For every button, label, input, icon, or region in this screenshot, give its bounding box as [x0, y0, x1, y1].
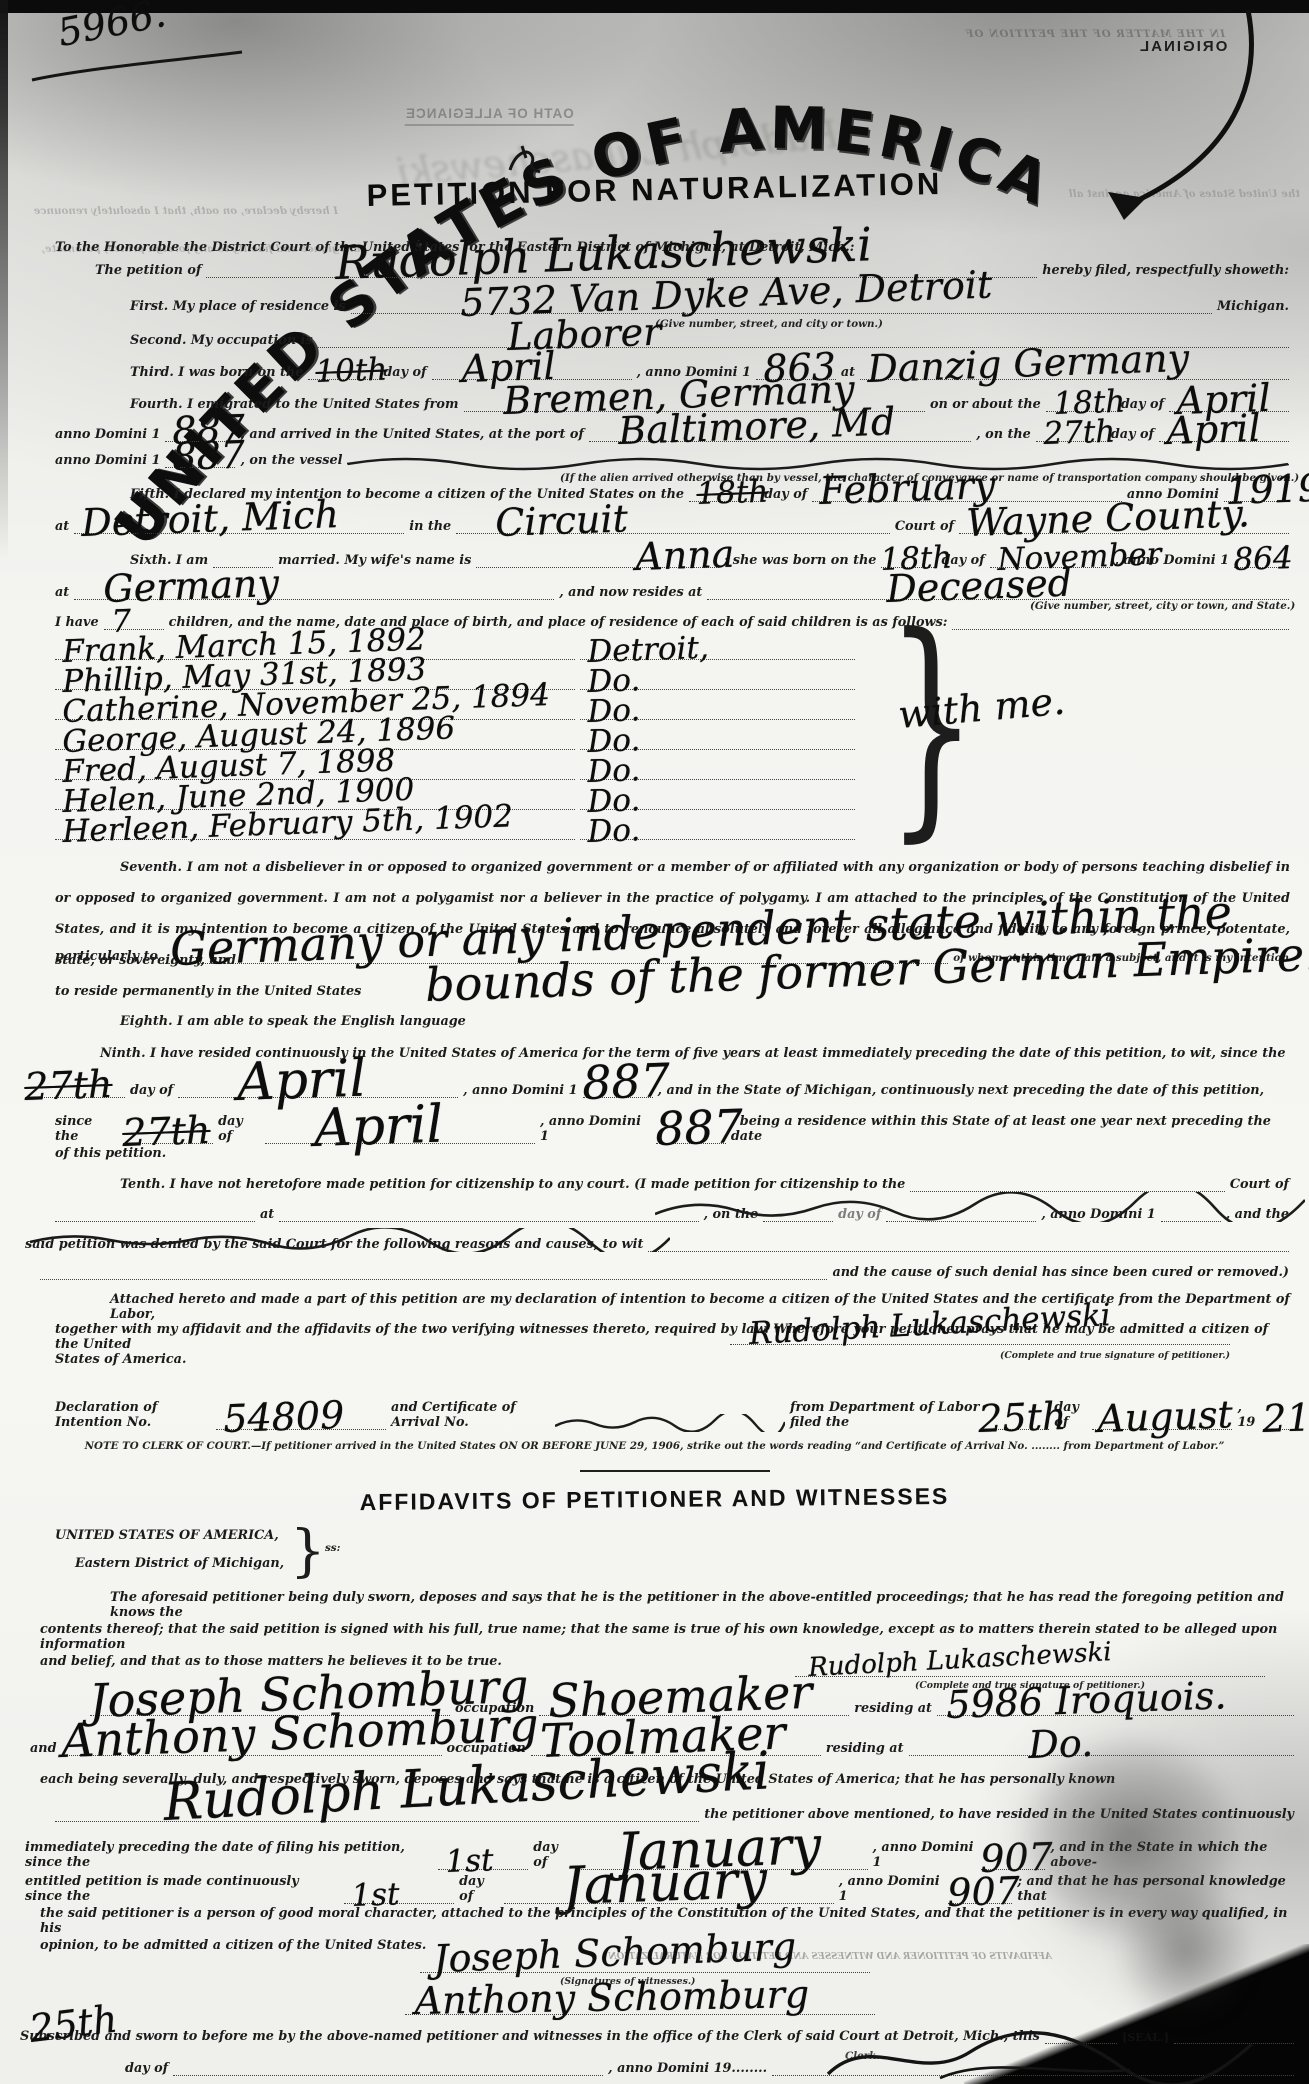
sixth-wife-label: married. My wife's name is — [278, 553, 471, 568]
labor-filed-label: from Department of Labor filed the — [790, 1400, 984, 1430]
birth-day: 10th — [315, 355, 388, 388]
signature1-line: Rudolph Lukaschewski — [730, 1300, 1230, 1345]
declaration-number: 54809 — [223, 1396, 345, 1438]
cert-no-blank — [555, 1415, 785, 1430]
witness2-and: and — [30, 1741, 57, 1756]
resided-state-month: January — [562, 1854, 768, 1913]
child-row: George, August 24, 1896 Do. — [55, 734, 855, 750]
fifth-dayof: day of — [764, 487, 807, 502]
witness2-residing-label: residing at — [826, 1741, 904, 1756]
wife-birth-year: 864 — [1233, 543, 1293, 576]
port-blank: Baltimore, Md — [589, 426, 971, 442]
ninth-dayof2: day of — [218, 1114, 260, 1144]
court-name-blank: Wayne County. — [959, 518, 1289, 534]
children-intro-blank — [952, 614, 1289, 630]
sixth-at: at — [55, 585, 69, 600]
arrival-month: April — [1166, 409, 1262, 450]
ninth-day1: 27th — [24, 1065, 113, 1106]
ninth-year1-blank: 887 — [583, 1082, 653, 1098]
tenth-cured-text: and the cause of such denial has since b… — [832, 1265, 1289, 1280]
cert-label: and Certificate of Arrival No. — [391, 1400, 550, 1430]
declared-place-blank: Detroit, Mich — [74, 518, 404, 534]
state-suffix: Michigan. — [1217, 299, 1289, 314]
wife-birthplace: Germany — [103, 564, 280, 608]
children-ihave: I have — [55, 615, 99, 630]
ninth-day2-blank: 27th — [123, 1128, 213, 1144]
fourth-dayof1: day of — [1121, 397, 1164, 412]
subscribed-anno: , anno Domini 19........ — [608, 2061, 767, 2076]
wpara-line-6: opinion, to be admitted a citizen of the… — [40, 1938, 426, 1953]
petitioner-signature-2: Rudolph Lukaschewski — [808, 1639, 1113, 1681]
line-sixth-2: at Germany , and now resides at Deceased — [55, 584, 1289, 600]
ninth-sincethe: since the — [55, 1114, 118, 1144]
wife-birthplace-blank: Germany — [74, 584, 554, 600]
fourth-anno1: anno Domini 1 — [55, 427, 160, 442]
reside-permanently: to reside permanently in the United Stat… — [55, 984, 361, 999]
witness-signature-2: Anthony Schomburg — [414, 1975, 809, 2020]
ninth-year1: 887 — [581, 1057, 670, 1106]
fourth-arrived: , and arrived in the United States, at t… — [240, 427, 583, 442]
filed-month: August — [1097, 1395, 1234, 1438]
tenth-squiggle — [655, 1192, 1305, 1222]
child-row: Frank, March 15, 1892 Detroit, — [55, 644, 855, 660]
declared-place: Detroit, Mich — [81, 495, 340, 542]
court-type-blank: Circuit — [456, 518, 890, 534]
petitioner-signature-1: Rudolph Lukaschewski — [748, 1300, 1111, 1350]
jurisdiction-brace: } — [290, 1524, 326, 1580]
tenth-label: Tenth. I have not heretofore made petiti… — [120, 1177, 905, 1192]
ninth-year2-blank: 887 — [656, 1128, 726, 1144]
sixth-born-label: ; she was born on the — [724, 553, 877, 568]
ninth-month2-blank: April — [265, 1128, 535, 1144]
filed-year: 21 — [1262, 1398, 1309, 1438]
wife-name-blank: Anna — [476, 552, 718, 568]
line-sixth-1: Sixth. I am married. My wife's name is A… — [130, 552, 1289, 568]
ninth-line-4: of this petition. — [55, 1146, 166, 1161]
first-label: First. My place of residence is — [130, 299, 346, 314]
wife-residence-blank: Deceased — [707, 584, 1289, 600]
court-name: Wayne County. — [966, 494, 1251, 542]
tenth-line-4: and the cause of such denial has since b… — [40, 1264, 1289, 1280]
attached-line-3: States of America. — [55, 1352, 186, 1367]
arrival-month-blank: April — [1159, 426, 1289, 442]
subscribed-dayof: day of — [125, 2061, 168, 2076]
signature1-caption: (Complete and true signature of petition… — [1000, 1350, 1230, 1361]
arrival-year-blank: 887 — [165, 452, 235, 468]
tenth-strike-squiggle — [30, 1228, 670, 1252]
residence-blank: 5732 Van Dyke Ave, Detroit — [351, 298, 1212, 314]
ninth-day1-blank: 27th — [25, 1082, 125, 1098]
child-row: Catherine, November 25, 1894 Do. — [55, 704, 855, 720]
declaration-line: Declaration of Intention No. 54809 and C… — [55, 1400, 1297, 1430]
line-first: First. My place of residence is 5732 Van… — [130, 298, 1289, 314]
filed-day-blank: 25th — [989, 1414, 1049, 1430]
fourth-vessel-label: , on the vessel — [240, 453, 342, 468]
subscribed-day: 25th — [27, 2000, 119, 2048]
jurisdiction-line-2: Eastern District of Michigan, — [75, 1556, 284, 1571]
third-dayof: day of — [383, 365, 426, 380]
ink-smudge-small — [1090, 1850, 1280, 2050]
fourth-dayof2: day of — [1111, 427, 1154, 442]
decl-label: Declaration of Intention No. — [55, 1400, 211, 1430]
tenth-courtof: Court of — [1230, 1177, 1289, 1192]
jurisdiction-line-1: UNITED STATES OF AMERICA, — [55, 1528, 279, 1543]
fifth-at: at — [55, 519, 69, 534]
affidavit-line-1: The aforesaid petitioner being duly swor… — [110, 1590, 1295, 1620]
declared-day: 18th — [696, 477, 769, 510]
emigrate-day-blank: 18th — [1046, 396, 1116, 412]
ninth-anno1: , anno Domini 1 — [463, 1083, 577, 1098]
scanned-petition-document: IN THE MATTER OF THE PETITION OF ORIGINA… — [0, 0, 1309, 2084]
line-seventh-5: to reside permanently in the United Stat… — [55, 984, 1289, 999]
fourth-onthe: , on the — [976, 427, 1031, 442]
tenth-line-1: Tenth. I have not heretofore made petiti… — [120, 1176, 1289, 1192]
ninth-anno2: , anno Domini 1 — [540, 1114, 651, 1144]
fifth-inthe: in the — [409, 519, 451, 534]
eighth-line: Eighth. I am able to speak the English l… — [120, 1014, 466, 1029]
fourth-onabout: on or about the — [930, 397, 1041, 412]
ninth-line-3: since the 27th day of April , anno Domin… — [55, 1114, 1289, 1144]
arrival-year: 887 — [172, 435, 246, 476]
clerk-note: NOTE TO CLERK OF COURT.—If petitioner ar… — [0, 1440, 1309, 1452]
tenth-at: at — [260, 1207, 274, 1222]
third-label: Third. I was born on the — [130, 365, 303, 380]
fifth-courtof: Court of — [895, 519, 954, 534]
witness-signature-2-line: Anthony Schomburg — [405, 1966, 875, 2015]
decl-no-blank: 54809 — [216, 1414, 386, 1430]
ninth-year2: 887 — [654, 1103, 743, 1152]
sixth-resides-label: , and now resides at — [559, 585, 702, 600]
witness1-residing-label: residing at — [854, 1701, 932, 1716]
arrival-day: 27th — [1043, 417, 1116, 450]
tenth-court-blank — [910, 1176, 1225, 1192]
filed-19: , 19 — [1237, 1400, 1258, 1430]
vessel-blank — [347, 453, 1289, 468]
ninth-tail2: , being a residence within this State of… — [731, 1114, 1289, 1144]
residence-hint: (Give number, street, and city or town.) — [655, 318, 883, 330]
cert-squiggle — [555, 1414, 785, 1432]
clerk-signature-squiggle — [820, 2026, 1260, 2084]
ninth-month2: April — [313, 1099, 444, 1155]
port-value: Baltimore, Md — [618, 402, 896, 450]
child-row: Fred, August 7, 1898 Do. — [55, 764, 855, 780]
ninth-tail1: , and in the State of Michigan, continuo… — [658, 1083, 1264, 1098]
wife-year-blank: 864 — [1234, 552, 1289, 568]
wife-residence-hint: (Give number, street, city or town, and … — [1030, 600, 1295, 612]
jurisdiction-ss: ss: — [325, 1542, 340, 1554]
child-row: Herleen, February 5th, 1902 Do. — [55, 824, 855, 840]
renounce-blank-2: bounds of the former German Empire. — [366, 984, 1289, 999]
scan-edge-left — [0, 0, 8, 560]
showeth-label: hereby filed, respectfully showeth: — [1042, 263, 1289, 278]
birth-day-blank: 10th — [308, 364, 378, 380]
declared-day-blank: 18th — [689, 486, 759, 502]
fourth-anno2: anno Domini 1 — [55, 453, 160, 468]
affidavits-heading: AFFIDAVITS OF PETITIONER AND WITNESSES — [0, 1479, 1309, 1520]
court-type: Circuit — [495, 499, 629, 542]
child-place: Do. — [587, 815, 641, 848]
birth-place: Danzig Germany — [867, 339, 1190, 388]
ninth-dayof1: day of — [130, 1083, 173, 1098]
children-count-blank: 7 — [104, 614, 164, 630]
second-label: Second. My occupation is — [130, 333, 313, 348]
filed-year-blank: 21 — [1263, 1414, 1297, 1430]
wife-name: Anna — [635, 535, 735, 576]
line-fourth-3: anno Domini 1 887 , on the vessel — [55, 452, 1289, 468]
signature2-line: Rudolph Lukaschewski — [795, 1636, 1265, 1677]
ink-mark — [502, 142, 548, 176]
ninth-line-2: 27th day of April , anno Domini 1 887 , … — [25, 1082, 1289, 1098]
filed-month-blank: August — [1092, 1414, 1232, 1430]
filed-day: 25th — [978, 1397, 1067, 1438]
petition-of-label: The petition of — [95, 263, 201, 278]
line-fifth-2: at Detroit, Mich in the Circuit Court of… — [55, 518, 1289, 534]
arrival-day-blank: 27th — [1036, 426, 1106, 442]
particularly-to: particularly to — [55, 949, 158, 964]
section-divider — [580, 1470, 770, 1472]
